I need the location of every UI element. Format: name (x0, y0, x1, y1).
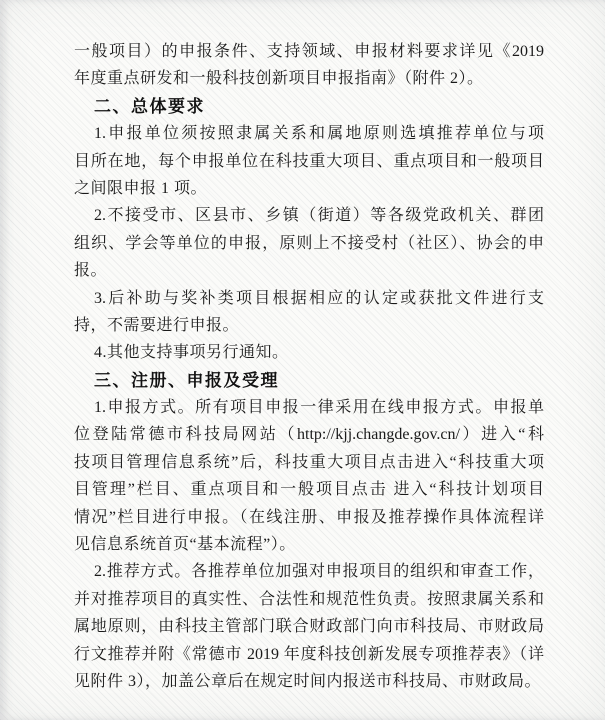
document-line: 持，不需要进行申报。 (74, 312, 544, 339)
document-line: 见信息系统首页“基本流程”）。 (74, 531, 544, 558)
document-line: 位登陆常德市科技局网站（http://kjj.changde.gov.cn/）进… (74, 421, 544, 448)
document-line: 技项目管理信息系统”后，科技重大项目点击进入“科技重大项 (74, 449, 544, 476)
section-heading: 三、注册、申报及受理 (74, 367, 544, 394)
document-line: 2.不接受市、区县市、乡镇（街道）等各级党政机关、群团 (74, 202, 544, 229)
document-line: 并对推荐项目的真实性、合法性和规范性负责。按照隶属关系和 (74, 586, 544, 613)
document-line: 3.后补助与奖补类项目根据相应的认定或获批文件进行支 (74, 285, 544, 312)
document-line: 情况”栏目进行申报。（在线注册、申报及推荐操作具体流程详 (74, 504, 544, 531)
document-line: 4.其他支持事项另行通知。 (74, 339, 544, 366)
document-line: 目所在地，每个申报单位在科技重大项目、重点项目和一般项目 (74, 148, 544, 175)
document-line: 一般项目）的申报条件、支持领域、申报材料要求详见《2019 (74, 38, 544, 65)
document-line: 组织、学会等单位的申报，原则上不接受村（社区）、协会的申 (74, 230, 544, 257)
document-line: 属地原则，由科技主管部门联合财政部门向市科技局、市财政局 (74, 613, 544, 640)
document-line: 年度重点研发和一般科技创新项目申报指南》（附件 2）。 (74, 65, 544, 92)
document-body: 一般项目）的申报条件、支持领域、申报材料要求详见《2019年度重点研发和一般科技… (74, 38, 544, 695)
document-line: 目管理”栏目、重点项目和一般项目点击 进入“科技计划项目 (74, 476, 544, 503)
document-line: 之间限申报 1 项。 (74, 175, 544, 202)
document-line: 见附件 3），加盖公章后在规定时间内报送市科技局、市财政局。 (74, 668, 544, 695)
section-heading: 二、总体要求 (74, 93, 544, 120)
scanned-document-page: 一般项目）的申报条件、支持领域、申报材料要求详见《2019年度重点研发和一般科技… (0, 0, 605, 720)
document-line: 1.申报方式。所有项目申报一律采用在线申报方式。申报单 (74, 394, 544, 421)
document-line: 1.申报单位须按照隶属关系和属地原则选填推荐单位与项 (74, 120, 544, 147)
document-line: 报。 (74, 257, 544, 284)
document-line: 2.推荐方式。各推荐单位加强对申报项目的组织和审查工作， (74, 558, 544, 585)
document-line: 行文推荐并附《常德市 2019 年度科技创新发展专项推荐表》（详 (74, 641, 544, 668)
